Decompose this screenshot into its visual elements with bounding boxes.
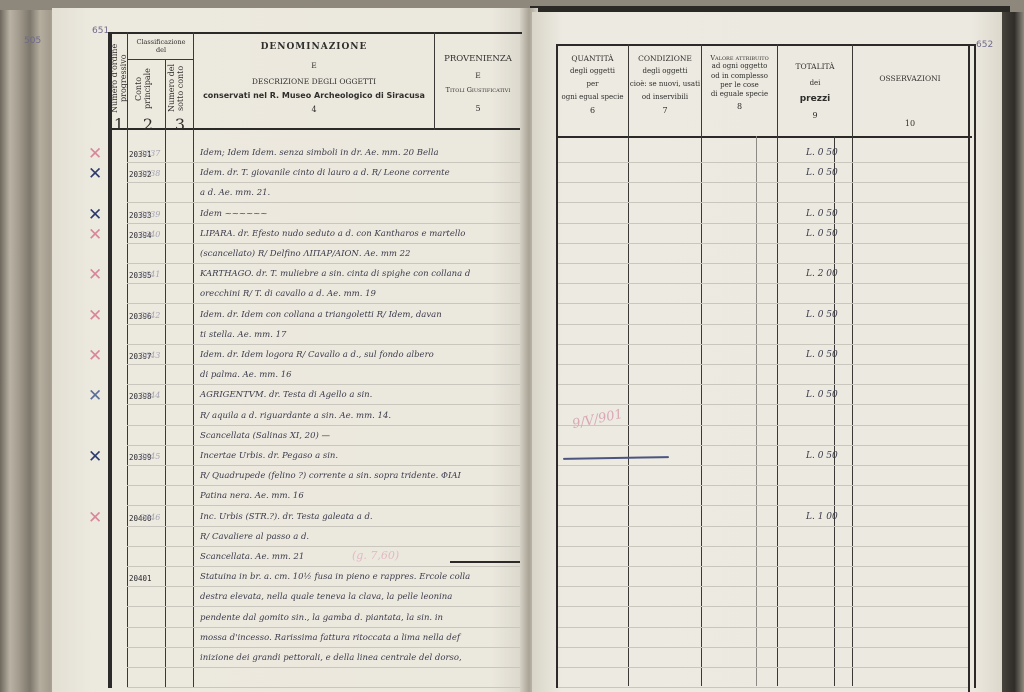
entry-description-line: KARTHAGO. dr. T. muliebre a sin. cinta d… xyxy=(200,269,470,279)
ruled-line xyxy=(558,566,968,567)
ruled-line xyxy=(558,687,968,688)
rule xyxy=(127,59,193,60)
col-header-condizione: CONDIZIONE degli oggetti cioè: se nuovi,… xyxy=(629,54,701,116)
rule xyxy=(628,44,629,686)
ruled-line xyxy=(127,566,520,567)
check-mark-blue: ✕ xyxy=(88,449,102,466)
ruled-line xyxy=(127,465,520,466)
entry-description-line: di palma. Ae. mm. 16 xyxy=(200,370,292,380)
check-mark-blue: ✕ xyxy=(88,166,102,183)
ruled-line xyxy=(127,627,520,628)
col-number-10: 10 xyxy=(853,119,967,129)
col-header-osservazioni: OSSERVAZIONI 10 xyxy=(853,74,967,129)
price-value: L. 0 50 xyxy=(806,168,838,178)
ruled-line xyxy=(127,425,520,426)
denominazione-title: DENOMINAZIONE xyxy=(194,42,434,53)
ruled-line xyxy=(127,505,520,506)
entry-description-line: inizione dei grandi pettorali, e della l… xyxy=(200,653,462,663)
conto-number: 2646 xyxy=(140,513,160,522)
outer-folio-number: 505 xyxy=(24,36,41,46)
ruled-line xyxy=(127,404,520,405)
price-value: L. 0 50 xyxy=(806,390,838,400)
entry-description-line: Patina nera. Ae. mm. 16 xyxy=(200,491,304,501)
condizione-line3: od inservibili xyxy=(629,93,701,102)
ruled-line xyxy=(127,586,520,587)
quantita-line3: ogni egual specie xyxy=(557,93,628,102)
ruled-line xyxy=(127,263,520,264)
ruled-line xyxy=(558,404,968,405)
ruled-line xyxy=(127,303,520,304)
ruled-line xyxy=(558,243,968,244)
conto-number: 2638 xyxy=(140,169,160,178)
denominazione-subtitle: DESCRIZIONE DEGLI OGGETTI xyxy=(194,77,434,86)
col-number-7: 7 xyxy=(629,106,701,116)
entry-description-line: Inc. Urbis (STR.?). dr. Testa galeata a … xyxy=(200,512,373,522)
entry-description-line: Statuina in br. a. cm. 10½ fusa in pieno… xyxy=(200,572,470,582)
rule xyxy=(968,44,970,692)
rule xyxy=(127,32,128,688)
left-ledger-frame xyxy=(108,32,522,688)
inventory-number: 20401 xyxy=(129,574,152,583)
condizione-line1: degli oggetti xyxy=(629,67,701,76)
entry-description-line: LIPARA. dr. Efesto nudo seduto a d. con … xyxy=(200,229,465,239)
check-mark-red: ✕ xyxy=(88,146,102,163)
ruled-line xyxy=(127,647,520,648)
check-mark-red: ✕ xyxy=(88,308,102,325)
entry-description-line: Idem. dr. Idem logora R/ Cavallo a d., s… xyxy=(200,350,434,360)
rule xyxy=(193,32,194,688)
entry-description-line: mossa d'incesso. Rarissima fattura ritoc… xyxy=(200,633,460,643)
rule xyxy=(777,44,778,686)
ruled-line xyxy=(558,647,968,648)
museum-name: conservati nel R. Museo Archeologico di … xyxy=(194,91,434,101)
rule xyxy=(756,136,757,686)
col-header-valore: Valore attribuito ad ogni oggetto od in … xyxy=(702,54,777,112)
entry-description-line: orecchini R/ T. di cavallo a d. Ae. mm. … xyxy=(200,289,376,299)
price-value: L. 1 00 xyxy=(806,512,838,522)
ruled-line xyxy=(127,324,520,325)
rule xyxy=(701,44,702,686)
price-value: L. 0 50 xyxy=(806,310,838,320)
entry-description-line: AGRIGENTVM. dr. Testa di Agello a sin. xyxy=(200,390,372,400)
conto-number: 2640 xyxy=(140,230,160,239)
conto-number: 2641 xyxy=(140,270,160,279)
condizione-title: CONDIZIONE xyxy=(629,54,701,63)
ruled-line xyxy=(558,505,968,506)
ruled-line xyxy=(558,384,968,385)
check-mark-red: ✕ xyxy=(88,510,102,527)
ruled-line xyxy=(558,182,968,183)
rule xyxy=(165,60,166,688)
ruled-line xyxy=(127,223,520,224)
header-rule xyxy=(556,136,972,138)
right-ledger-frame xyxy=(556,44,976,688)
provenienza-title: PROVENIENZA xyxy=(435,54,521,65)
totalita-line1: dei xyxy=(778,79,852,88)
ruled-line xyxy=(558,162,968,163)
col-header-classificazione: Classificazione del xyxy=(128,38,194,54)
ruled-line xyxy=(127,283,520,284)
ruled-line xyxy=(558,485,968,486)
left-folio-number: 651 xyxy=(92,26,109,36)
col-header-denominazione: DENOMINAZIONE E DESCRIZIONE DEGLI OGGETT… xyxy=(194,42,434,115)
pencil-total-annotation: (g. 7,60) xyxy=(352,549,399,562)
closing-rule xyxy=(450,561,520,563)
col-header-quantita: QUANTITÀ degli oggetti per ogni egual sp… xyxy=(557,54,628,116)
ruled-line xyxy=(558,324,968,325)
ruled-line xyxy=(127,485,520,486)
col-number-5: 5 xyxy=(435,104,521,114)
ruled-line xyxy=(127,344,520,345)
price-value: L. 0 50 xyxy=(806,451,838,461)
valore-line1: ad ogni oggetto xyxy=(702,62,777,71)
entry-description-line: Incertae Urbis. dr. Pegaso a sin. xyxy=(200,451,338,461)
entry-description-line: Scancellata (Salinas XI, 20) — xyxy=(200,431,330,441)
entry-description-line: Scancellata. Ae. mm. 21 xyxy=(200,552,304,562)
ruled-line xyxy=(558,364,968,365)
price-value: L. 0 50 xyxy=(806,209,838,219)
ruled-line xyxy=(558,465,968,466)
col-number-2: 2 xyxy=(140,115,156,135)
ruled-line xyxy=(558,526,968,527)
entry-description-line: Idem ~~~~~~ xyxy=(200,209,267,219)
quantita-title: QUANTITÀ xyxy=(557,54,628,63)
conto-number: 2643 xyxy=(140,351,160,360)
col-number-4: 4 xyxy=(194,105,434,115)
conto-number: 2639 xyxy=(140,210,160,219)
ruled-line xyxy=(127,667,520,668)
classificazione-label: Classificazione xyxy=(128,38,194,46)
ruled-line xyxy=(558,425,968,426)
col-number-1: 1 xyxy=(111,115,127,135)
col-header-numero-ordine: Numero d'ordine progressivo xyxy=(111,40,127,116)
col-header-sotto-conto: Numero del sotto conto xyxy=(168,62,192,114)
valore-line3: per le cose xyxy=(702,81,777,90)
col-number-3: 3 xyxy=(172,115,188,135)
ruled-line xyxy=(127,162,520,163)
header-rule xyxy=(108,128,520,130)
entry-description-line: R/ Quadrupede (felino ?) corrente a sin.… xyxy=(200,471,461,481)
check-mark-red: ✕ xyxy=(88,348,102,365)
totalita-title: TOTALITÀ xyxy=(778,62,852,71)
ruled-line xyxy=(558,627,968,628)
check-mark-red: ✕ xyxy=(88,227,102,244)
ruled-line xyxy=(558,606,968,607)
right-folio-number: 652 xyxy=(976,40,993,50)
ruled-line xyxy=(127,606,520,607)
price-value: L. 0 50 xyxy=(806,229,838,239)
quantita-line2: per xyxy=(557,80,628,89)
price-value: L. 2 00 xyxy=(806,269,838,279)
entry-description-line: Idem. dr. Idem con collana a triangolett… xyxy=(200,310,442,320)
ruled-line xyxy=(558,283,968,284)
price-value: L. 0 50 xyxy=(806,350,838,360)
ruled-line xyxy=(558,263,968,264)
ruled-line xyxy=(558,445,968,446)
denominazione-e: E xyxy=(194,61,434,70)
ruled-line xyxy=(127,546,520,547)
ruled-line xyxy=(558,223,968,224)
conto-number: 2645 xyxy=(140,452,160,461)
check-mark-red: ✕ xyxy=(88,267,102,284)
ruled-line xyxy=(558,667,968,668)
valore-title: Valore attribuito xyxy=(702,54,777,62)
ruled-line xyxy=(127,243,520,244)
entry-description-line: R/ aquila a d. riguardante a sin. Ae. mm… xyxy=(200,411,391,421)
col-number-9: 9 xyxy=(778,111,852,121)
totalita-prezzi: prezzi xyxy=(778,94,852,105)
entry-description-line: pendente dal gomito sin., la gamba d. pi… xyxy=(200,613,443,623)
check-mark-blue: ✕ xyxy=(88,207,102,224)
conto-number: 2642 xyxy=(140,311,160,320)
conto-number: 2644 xyxy=(140,391,160,400)
entry-description-line: a d. Ae. mm. 21. xyxy=(200,188,270,198)
provenienza-e: E xyxy=(435,71,521,80)
col-header-provenienza: PROVENIENZA E Titoli Giustificativi 5 xyxy=(435,54,521,114)
ruled-line xyxy=(558,202,968,203)
valore-line2: od in complesso xyxy=(702,72,777,81)
ruled-line xyxy=(558,344,968,345)
ruled-line xyxy=(558,303,968,304)
quantita-line1: degli oggetti xyxy=(557,67,628,76)
entry-description-line: destra elevata, nella quale teneva la cl… xyxy=(200,592,452,602)
col-header-totalita: TOTALITÀ dei prezzi 9 xyxy=(778,62,852,121)
ruled-line xyxy=(127,202,520,203)
entry-description-line: Idem; Idem Idem. senza simboli in dr. Ae… xyxy=(200,148,439,158)
conto-number: 2637 xyxy=(140,149,160,158)
entry-description-line: ti stella. Ae. mm. 17 xyxy=(200,330,286,340)
ruled-line xyxy=(127,182,520,183)
entry-description-line: R/ Cavaliere al passo a d. xyxy=(200,532,309,542)
ruled-line xyxy=(127,687,520,688)
book-cover-right xyxy=(1000,12,1024,692)
entry-description-line: (scancellato) R/ Delfino ΛΙΠΑΡ/ΑΙΟΝ. Ae.… xyxy=(200,249,410,259)
price-value: L. 0 50 xyxy=(806,148,838,158)
entry-description-line: Idem. dr. T. giovanile cinto di lauro a … xyxy=(200,168,450,178)
classificazione-del: del xyxy=(128,46,194,54)
ruled-line xyxy=(127,384,520,385)
ruled-line xyxy=(127,526,520,527)
col-number-8: 8 xyxy=(702,102,777,112)
rule xyxy=(852,44,853,686)
ledger-book: 505 651 652 Numero d'ordine progressivo … xyxy=(0,0,1024,692)
valore-line4: di eguale specie xyxy=(702,90,777,99)
ruled-line xyxy=(558,546,968,547)
titoli-giustificativi: Titoli Giustificativi xyxy=(435,86,521,94)
ruled-line xyxy=(127,364,520,365)
condizione-line2: cioè: se nuovi, usati xyxy=(629,80,701,89)
osservazioni-title: OSSERVAZIONI xyxy=(853,74,967,83)
col-number-6: 6 xyxy=(557,106,628,116)
ruled-line xyxy=(127,445,520,446)
col-header-conto-principale: Conto principale xyxy=(135,64,163,114)
check-mark-blue-light: ✕ xyxy=(88,388,102,405)
ruled-line xyxy=(558,586,968,587)
